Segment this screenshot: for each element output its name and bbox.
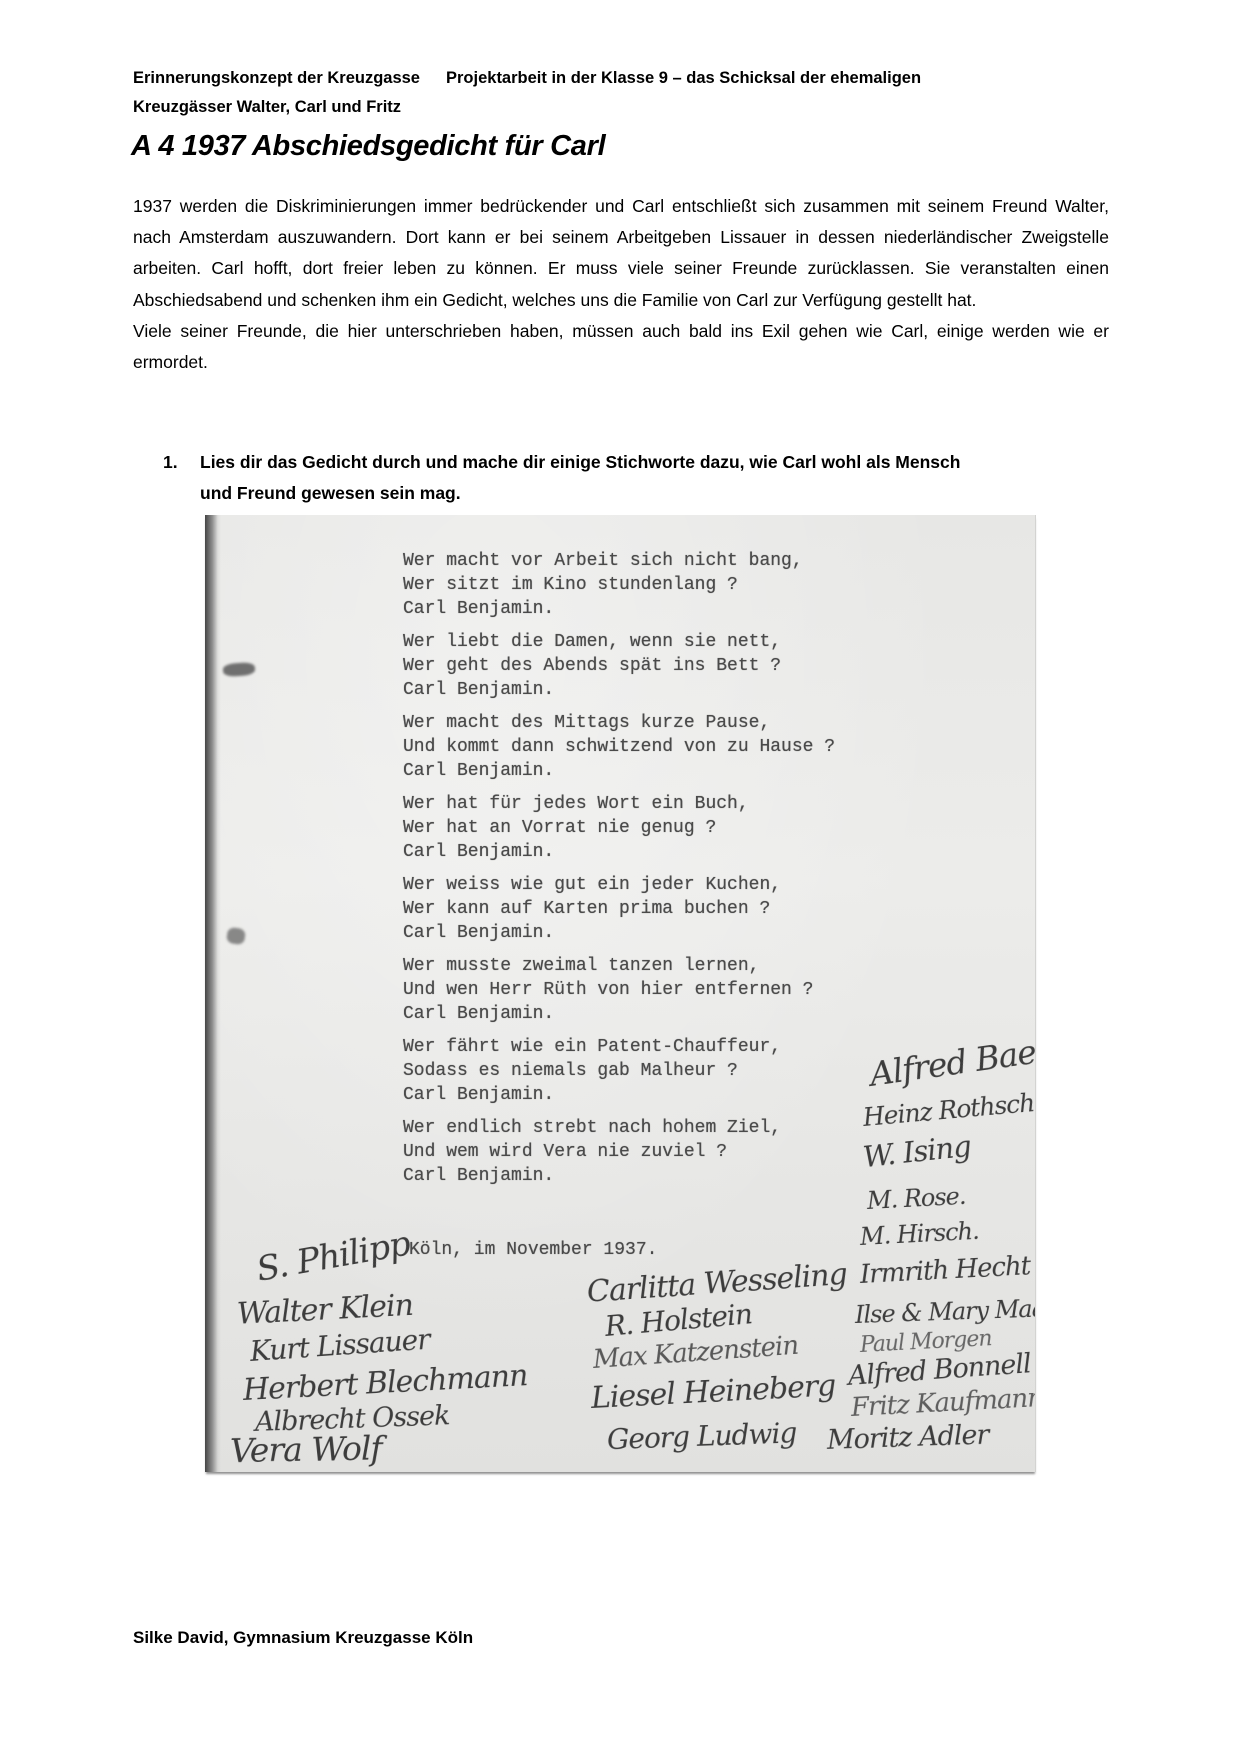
- document-page: Erinnerungskonzept der KreuzgasseProjekt…: [0, 0, 1240, 1754]
- intro-text: 1937 werden die Diskriminierungen immer …: [133, 191, 1109, 378]
- signature: Moritz Adler: [826, 1419, 988, 1456]
- poem-line: Wer macht vor Arbeit sich nicht bang,: [403, 549, 835, 573]
- header-project: Projektarbeit in der Klasse 9 – das Schi…: [446, 69, 921, 87]
- signature: Heinz Rothschild: [862, 1086, 1036, 1132]
- signature: Vera Wolf: [230, 1428, 382, 1470]
- poem-line: Sodass es niemals gab Malheur ?: [403, 1059, 835, 1083]
- poem-stanza: Wer musste zweimal tanzen lernen, Und we…: [403, 954, 835, 1026]
- page-title: A 4 1937 Abschiedsgedicht für Carl: [131, 130, 605, 163]
- poem-line: Carl Benjamin.: [403, 840, 835, 864]
- poem-stanza: Wer macht des Mittags kurze Pause, Und k…: [403, 711, 835, 783]
- header-line1: Erinnerungskonzept der KreuzgasseProjekt…: [133, 64, 1123, 93]
- signature: Georg Ludwig: [606, 1416, 796, 1456]
- poem-line: Carl Benjamin.: [403, 597, 835, 621]
- poem-line: Wer hat für jedes Wort ein Buch,: [403, 792, 835, 816]
- signature: M. Rose.: [866, 1182, 966, 1215]
- poem-line: Und wem wird Vera nie zuviel ?: [403, 1140, 835, 1164]
- paragraph-2: Viele seiner Freunde, die hier unterschr…: [133, 316, 1109, 378]
- poem-line: Und kommt dann schwitzend von zu Hause ?: [403, 735, 835, 759]
- poem-line: Wer kann auf Karten prima buchen ?: [403, 897, 835, 921]
- poem-stanza: Wer endlich strebt nach hohem Ziel, Und …: [403, 1116, 835, 1188]
- paragraph-1: 1937 werden die Diskriminierungen immer …: [133, 191, 1109, 316]
- poem-stanza: Wer hat für jedes Wort ein Buch, Wer hat…: [403, 792, 835, 864]
- poem-stanza: Wer weiss wie gut ein jeder Kuchen, Wer …: [403, 873, 835, 945]
- poem-line: Wer liebt die Damen, wenn sie nett,: [403, 630, 835, 654]
- poem-dateline: Köln, im November 1937.: [409, 1238, 835, 1262]
- scan-smudge: [223, 662, 256, 677]
- page-header: Erinnerungskonzept der KreuzgasseProjekt…: [133, 64, 1123, 122]
- signature: Ilse & Mary Maas.: [855, 1294, 1036, 1329]
- poem-line: Carl Benjamin.: [403, 921, 835, 945]
- signature: W. Ising: [861, 1129, 972, 1174]
- scan-edge-shadow: [205, 515, 221, 1472]
- poem-line: Wer musste zweimal tanzen lernen,: [403, 954, 835, 978]
- signature: Liesel Heineberg: [590, 1368, 836, 1416]
- scan-smudge: [226, 927, 246, 945]
- poem-line: Wer macht des Mittags kurze Pause,: [403, 711, 835, 735]
- poem-line: Carl Benjamin.: [403, 759, 835, 783]
- poem-line: Carl Benjamin.: [403, 1002, 835, 1026]
- poem-line: Wer hat an Vorrat nie genug ?: [403, 816, 835, 840]
- page-footer: Silke David, Gymnasium Kreuzgasse Köln: [133, 1628, 473, 1648]
- task-item: 1. Lies dir das Gedicht durch und mache …: [163, 447, 993, 509]
- poem-line: Carl Benjamin.: [403, 1164, 835, 1188]
- task-text: Lies dir das Gedicht durch und mache dir…: [200, 447, 993, 509]
- signature: S. Philipp: [254, 1223, 413, 1289]
- signature: M. Hirsch.: [859, 1217, 979, 1251]
- poem-stanza: Wer liebt die Damen, wenn sie nett, Wer …: [403, 630, 835, 702]
- poem-stanza: Wer macht vor Arbeit sich nicht bang, We…: [403, 549, 835, 621]
- poem-line: Wer sitzt im Kino stundenlang ?: [403, 573, 835, 597]
- poem-stanza: Wer fährt wie ein Patent-Chauffeur, Soda…: [403, 1035, 835, 1107]
- poem-line: Wer fährt wie ein Patent-Chauffeur,: [403, 1035, 835, 1059]
- poem-line: Wer endlich strebt nach hohem Ziel,: [403, 1116, 835, 1140]
- poem-line: Carl Benjamin.: [403, 1083, 835, 1107]
- poem-line: Wer geht des Abends spät ins Bett ?: [403, 654, 835, 678]
- poem-line: Wer weiss wie gut ein jeder Kuchen,: [403, 873, 835, 897]
- header-course: Erinnerungskonzept der Kreuzgasse: [133, 69, 420, 87]
- task-number: 1.: [163, 447, 200, 509]
- header-line2: Kreuzgässer Walter, Carl und Fritz: [133, 93, 1123, 122]
- signature: Alfred Baer: [867, 1030, 1036, 1094]
- poem-line: Und wen Herr Rüth von hier entfernen ?: [403, 978, 835, 1002]
- poem-scan: Wer macht vor Arbeit sich nicht bang, We…: [205, 515, 1036, 1472]
- poem-line: Carl Benjamin.: [403, 678, 835, 702]
- signature: Irmrith Hecht: [859, 1251, 1031, 1290]
- poem-text: Wer macht vor Arbeit sich nicht bang, We…: [403, 549, 835, 1262]
